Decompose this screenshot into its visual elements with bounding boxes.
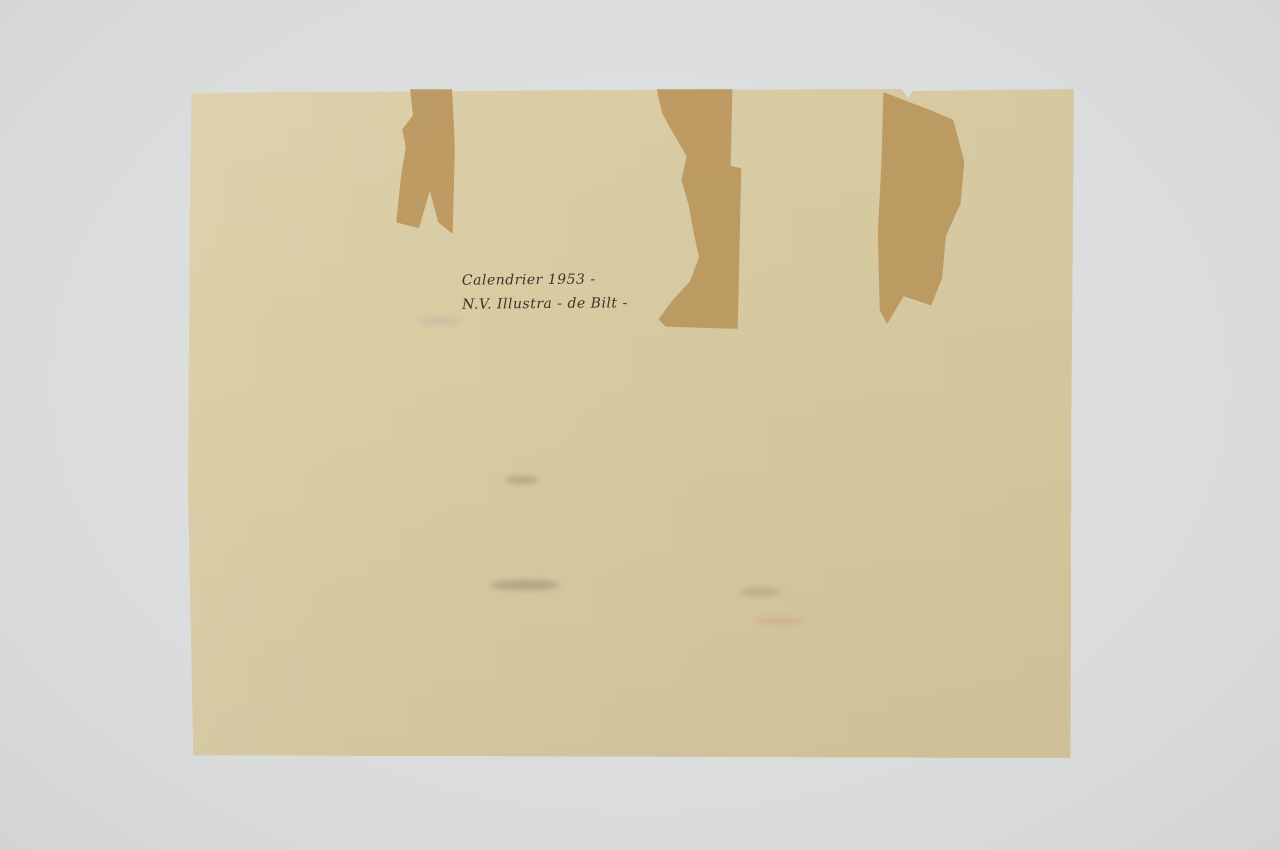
smudge-mark (420, 318, 460, 324)
smudge-mark (755, 618, 805, 624)
smudge-mark (505, 476, 539, 484)
note-line-2: N.V. Illustra - de Bilt - (462, 291, 628, 316)
note-line-1: Calendrier 1953 - (462, 267, 628, 292)
smudge-mark (740, 588, 780, 596)
smudge-mark (490, 580, 560, 590)
handwritten-note: Calendrier 1953 - N.V. Illustra - de Bil… (462, 267, 628, 316)
